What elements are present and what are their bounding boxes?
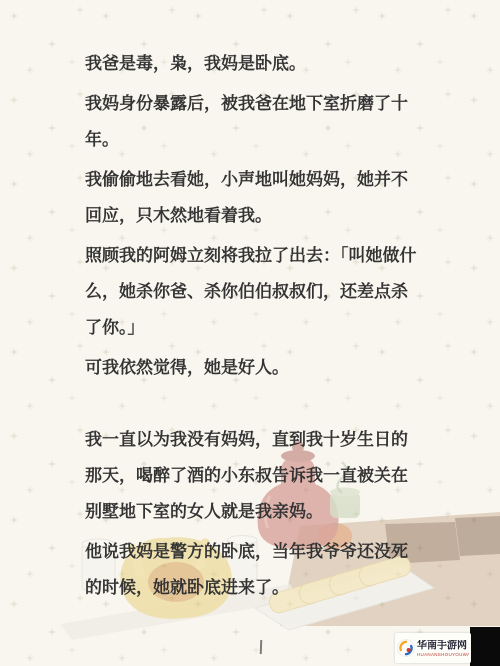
watermark-texts: 华南手游网 HUANANSHOUYOUWANG bbox=[417, 640, 469, 657]
story-paragraph: 他说我妈是警方的卧底，当年我爷爷还没死的时候，她就卧底进来了。 bbox=[85, 534, 417, 606]
watermark-card: 华南手游网 HUANANSHOUYOUWANG bbox=[395, 633, 471, 663]
story-section-1: 我爸是毒，枭，我妈是卧底。 我妈身份暴露后，被我爸在地下室折磨了十年。 我偷偷地… bbox=[85, 46, 417, 386]
watermark: 华南手游网 HUANANSHOUYOUWANG bbox=[394, 624, 500, 666]
story-paragraph: 我一直以为我没有妈妈，直到我十岁生日的那天，喝醉了酒的小东叔告诉我一直被关在别墅… bbox=[85, 422, 417, 530]
watermark-logo-icon bbox=[397, 639, 415, 657]
story-section-2: 我一直以为我没有妈妈，直到我十岁生日的那天，喝醉了酒的小东叔告诉我一直被关在别墅… bbox=[85, 422, 417, 606]
watermark-site-name: 华南手游网 bbox=[417, 640, 469, 653]
story-paragraph: 我爸是毒，枭，我妈是卧底。 bbox=[85, 46, 417, 82]
story-paragraph: 我妈身份暴露后，被我爸在地下室折磨了十年。 bbox=[85, 86, 417, 158]
story-paragraph: 可我依然觉得，她是好人。 bbox=[85, 350, 417, 386]
stray-tick-mark bbox=[260, 640, 262, 654]
story-page: 我爸是毒，枭，我妈是卧底。 我妈身份暴露后，被我爸在地下室折磨了十年。 我偷偷地… bbox=[0, 0, 500, 666]
story-paragraph: 照顾我的阿姆立刻将我拉了出去：「叫她做什么，她杀你爸、杀你伯伯叔叔们，还差点杀了… bbox=[85, 238, 417, 346]
story-text: 我爸是毒，枭，我妈是卧底。 我妈身份暴露后，被我爸在地下室折磨了十年。 我偷偷地… bbox=[85, 46, 417, 610]
story-paragraph: 我偷偷地去看她，小声地叫她妈妈，她并不回应，只木然地看着我。 bbox=[85, 162, 417, 234]
watermark-black-corner bbox=[470, 627, 500, 666]
